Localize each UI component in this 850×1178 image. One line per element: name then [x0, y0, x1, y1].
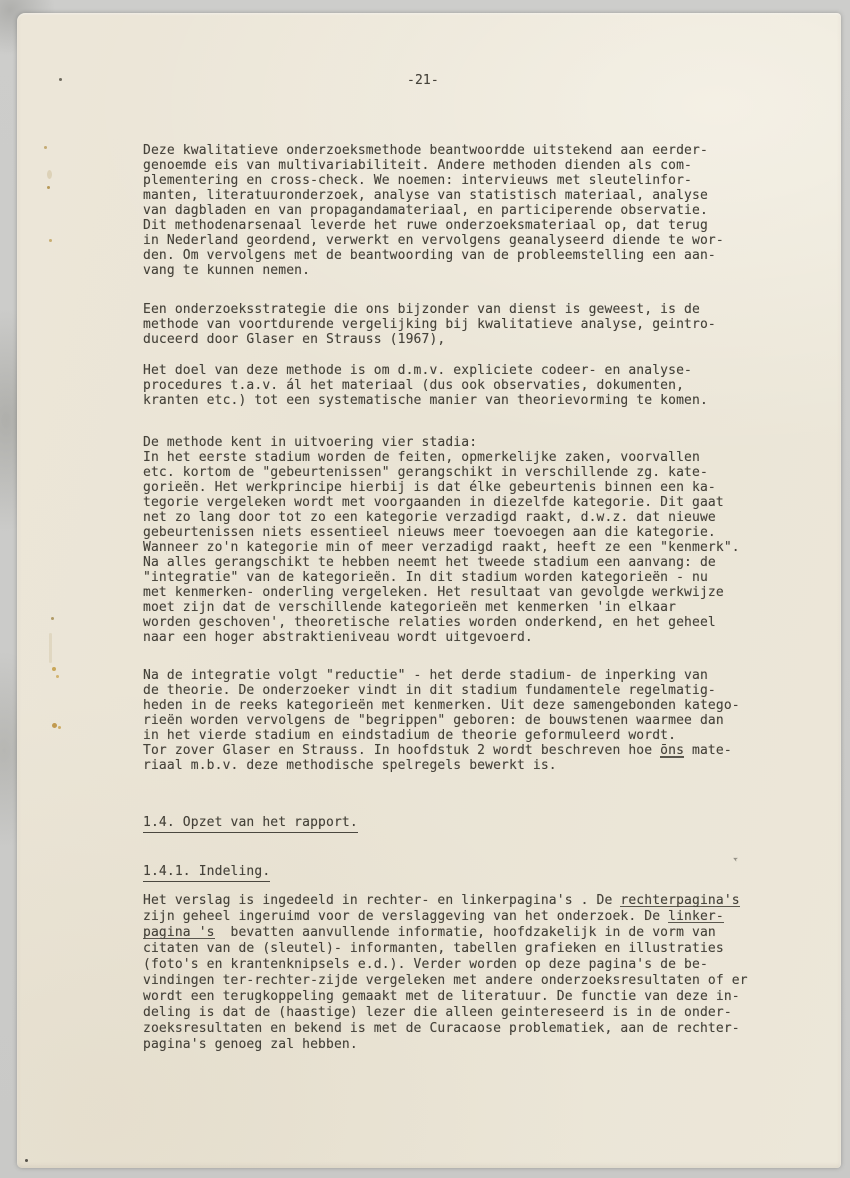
section-heading-1-4: 1.4. Opzet van het rapport.: [143, 815, 358, 833]
underline-paginas: [143, 938, 215, 939]
stain-dot: [52, 667, 56, 671]
stain-dot: [49, 239, 52, 242]
paragraph-reduction-stage: Na de integratie volgt "reductie" - het …: [143, 668, 740, 773]
stain-dot: [58, 726, 61, 729]
paragraph-indeling-body: Het verslag is ingedeeld in rechter- en …: [143, 893, 748, 1053]
scan-background: { "page": { "page_number": "-21-", "head…: [0, 0, 850, 1178]
stain-dot: [52, 723, 57, 728]
underline-linker: [668, 922, 724, 923]
stain-dot: [25, 1159, 28, 1162]
section-heading-1-4-1: 1.4.1. Indeling.: [143, 864, 270, 882]
paragraph-methods-overview: Deze kwalitatieve onderzoeksmethode bean…: [143, 143, 724, 278]
document-page: -21- Deze kwalitatieve onderzoeksmethode…: [17, 13, 841, 1168]
stain-smudge: [47, 170, 52, 179]
underline-ons: [660, 756, 684, 758]
underline-rechterpaginas: [620, 906, 740, 907]
stain-dot: [59, 78, 62, 81]
paragraph-method-goal: Het doel van deze methode is om d.m.v. e…: [143, 363, 708, 408]
stain-dot: [44, 146, 47, 149]
paragraph-strategy-glaser-strauss: Een onderzoeksstrategie die ons bijzonde…: [143, 302, 716, 347]
page-number: -21-: [407, 73, 439, 88]
stain-dot: [56, 675, 59, 678]
stain-dot: [47, 186, 50, 189]
pen-mark-arrow: ➤: [719, 845, 741, 865]
stain-dot: [51, 617, 54, 620]
paragraph-four-stages: De methode kent in uitvoering vier stadi…: [143, 435, 740, 645]
stain-crease: [49, 633, 52, 663]
